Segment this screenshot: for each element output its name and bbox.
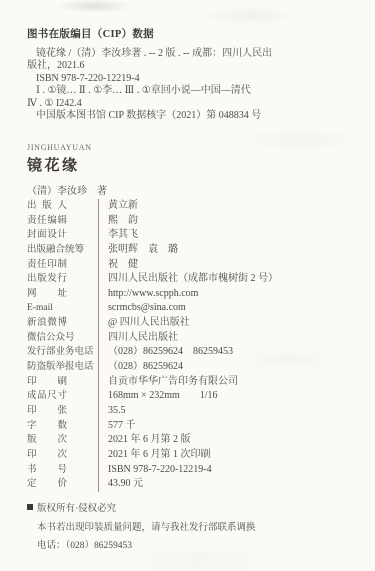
row-value: 2021 年 6 月第 2 版 [98, 433, 349, 448]
row-value: ISBN 978-7-220-12219-4 [98, 463, 349, 478]
row-value: @ 四川人民出版社 [98, 316, 349, 331]
square-bullet-icon [27, 504, 33, 510]
footer-block: 版权所有·侵权必究 本书若出现印装质量问题，请与我社发行部联系调换 电话：（02… [27, 500, 256, 551]
row-label: E-mail [27, 301, 98, 316]
row-label: 出版融合统筹 [27, 243, 98, 258]
table-row: 印次 2021 年 6 月第 1 次印刷 [27, 448, 349, 463]
row-label: 出版发行 [27, 272, 98, 287]
row-value: http://www.scpph.com [98, 287, 349, 302]
cip-isbn-line: ISBN 978-7-220-12219-4 [27, 73, 339, 85]
copyright-notice: 版权所有·侵权必究 [37, 500, 116, 514]
row-value: 张明辉 袁 璐 [98, 243, 349, 258]
row-value: 2021 年 6 月第 1 次印刷 [98, 448, 349, 463]
row-label: 封面设计 [27, 228, 98, 243]
cip-registry-line: 中国版本图书馆 CIP 数据核字（2021）第 048834 号 [27, 110, 339, 122]
row-value: （028）86259624 [98, 360, 349, 375]
table-row: 出版人 黄立新 [27, 199, 349, 214]
table-row: 网址 http://www.scpph.com [27, 287, 349, 302]
table-row: 出版发行 四川人民出版社（成都市槐树街 2 号） [27, 272, 349, 287]
row-label: 责任编辑 [27, 214, 98, 229]
contact-phone: 电话：（028）86259453 [37, 537, 256, 551]
cip-block: 图书在版编目（CIP）数据 镜花缘 /（清）李汝珍著 . -- 2 版 . --… [27, 26, 339, 122]
quality-notice: 本书若出现印装质量问题，请与我社发行部联系调换 [37, 519, 256, 533]
table-row: 版次 2021 年 6 月第 2 版 [27, 433, 349, 448]
row-label: 出版人 [27, 199, 98, 214]
table-row: 发行部业务电话 （028）86259624 86259453 [27, 345, 349, 360]
cip-header: 图书在版编目（CIP）数据 [27, 26, 339, 41]
table-row: 印刷 自贡市华华广告印务有限公司 [27, 375, 349, 390]
title-block: JINGHUAYUAN 镜花缘 （清）李汝珍 著 [27, 143, 107, 197]
table-row: 印张 35.5 [27, 404, 349, 419]
table-row: 责任印制 祝 健 [27, 258, 349, 273]
row-label: 印张 [27, 404, 98, 419]
table-row: 防盗版举报电话 （028）86259624 [27, 360, 349, 375]
table-row: 出版融合统筹 张明辉 袁 璐 [27, 243, 349, 258]
copyright-notice-line: 版权所有·侵权必究 [27, 500, 256, 514]
row-value: 熙 韵 [98, 214, 349, 229]
table-row: 成品尺寸 168mm × 232mm 1/16 [27, 389, 349, 404]
colophon-table: 出版人 黄立新 责任编辑 熙 韵 封面设计 李其飞 出版融合统筹 张明辉 袁 璐… [27, 199, 349, 492]
row-label: 印次 [27, 448, 98, 463]
row-label: 字数 [27, 419, 98, 434]
row-label: 发行部业务电话 [27, 345, 98, 360]
row-label: 成品尺寸 [27, 389, 98, 404]
cip-classification-line1: Ⅰ . ①镜… Ⅱ . ①李… Ⅲ . ①章回小说—中国—清代 [27, 85, 339, 97]
row-label: 定价 [27, 477, 98, 492]
cip-description-line1: 镜花缘 /（清）李汝珍著 . -- 2 版 . -- 成都：四川人民出 [27, 48, 339, 60]
row-label: 防盗版举报电话 [27, 360, 98, 375]
row-label: 书号 [27, 463, 98, 478]
table-row: 封面设计 李其飞 [27, 228, 349, 243]
row-value: scrmcbs@sina.com [98, 301, 349, 316]
row-label: 新浪微博 [27, 316, 98, 331]
row-label: 版次 [27, 433, 98, 448]
table-row: 责任编辑 熙 韵 [27, 214, 349, 229]
row-value: 四川人民出版社 [98, 331, 349, 346]
table-row: 字数 577 千 [27, 419, 349, 434]
row-value: 自贡市华华广告印务有限公司 [98, 375, 349, 390]
row-label: 网址 [27, 287, 98, 302]
row-label: 微信公众号 [27, 331, 98, 346]
row-value: 577 千 [98, 419, 349, 434]
table-row: 新浪微博 @ 四川人民出版社 [27, 316, 349, 331]
row-value: 四川人民出版社（成都市槐树街 2 号） [98, 272, 349, 287]
row-value: 168mm × 232mm 1/16 [98, 389, 349, 404]
row-label: 责任印制 [27, 258, 98, 273]
cip-description-line2: 版社，2021.6 [27, 60, 339, 72]
row-value: 李其飞 [98, 228, 349, 243]
row-label: 印刷 [27, 375, 98, 390]
row-value: 黄立新 [98, 199, 349, 214]
row-value: 祝 健 [98, 258, 349, 273]
title-pinyin: JINGHUAYUAN [27, 143, 107, 152]
cip-classification-line2: Ⅳ . ① I242.4 [27, 98, 339, 110]
table-row: E-mail scrmcbs@sina.com [27, 301, 349, 316]
row-value: 43.90 元 [98, 477, 349, 492]
book-title: 镜花缘 [27, 154, 107, 175]
row-value: 35.5 [98, 404, 349, 419]
copyright-page: 图书在版编目（CIP）数据 镜花缘 /（清）李汝珍著 . -- 2 版 . --… [0, 0, 375, 571]
table-row: 定价 43.90 元 [27, 477, 349, 492]
row-value: （028）86259624 86259453 [98, 345, 349, 360]
author-line: （清）李汝珍 著 [27, 182, 107, 197]
table-row: 书号 ISBN 978-7-220-12219-4 [27, 463, 349, 478]
table-row: 微信公众号 四川人民出版社 [27, 331, 349, 346]
